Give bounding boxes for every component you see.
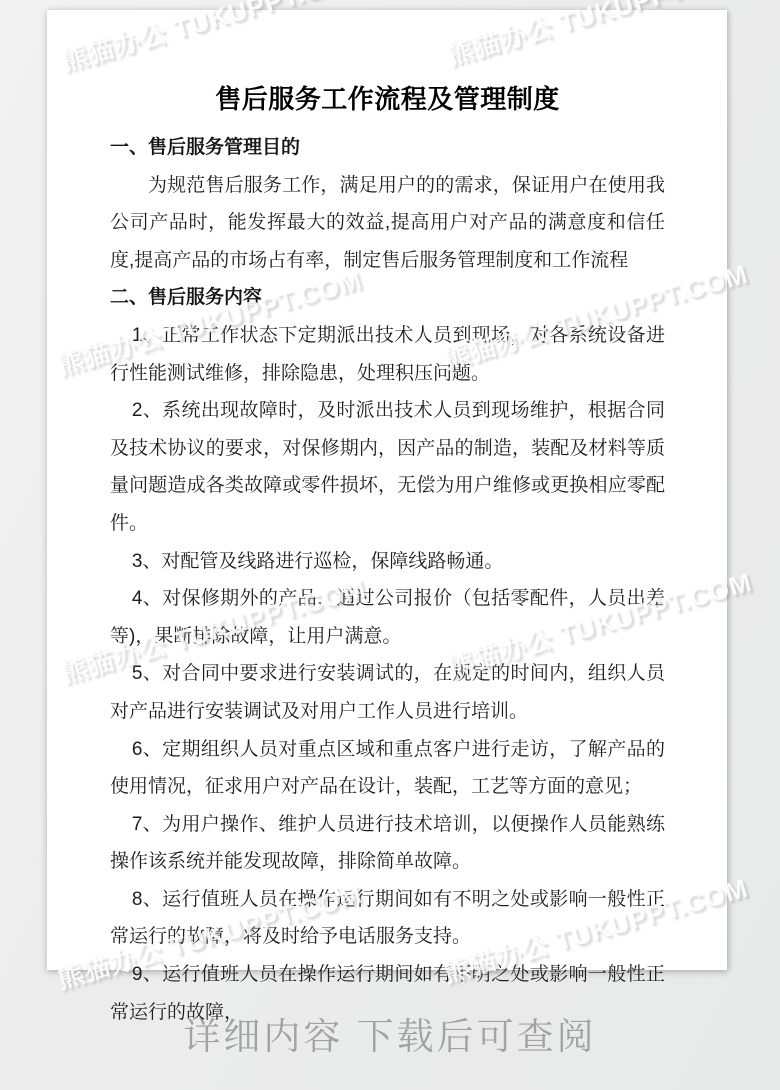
paragraph: 1、正常工作状态下定期派出技术人员到现场，对各系统设备进行性能测试维修，排除隐患… [110, 317, 665, 392]
paragraph: 3、对配管及线路进行巡检，保障线路畅通。 [110, 543, 665, 581]
paragraph: 5、对合同中要求进行安装调试的，在规定的时间内，组织人员对产品进行安装调试及对用… [110, 655, 665, 730]
paragraph: 4、对保修期外的产品，通过公司报价（包括零配件，人员出差等)，果断排除故障，让用… [110, 580, 665, 655]
paragraph: 8、运行值班人员在操作运行期间如有不明之处或影响一般性正常运行的故障，将及时给予… [110, 881, 665, 956]
paragraph: 为规范售后服务工作，满足用户的的需求，保证用户在使用我公司产品时，能发挥最大的效… [110, 167, 665, 280]
preview-background: 售后服务工作流程及管理制度 一、售后服务管理目的 为规范售后服务工作，满足用户的… [0, 0, 780, 1090]
paragraph: 7、为用户操作、维护人员进行技术培训，以便操作人员能熟练操作该系统并能发现故障，… [110, 806, 665, 881]
paragraph: 6、定期组织人员对重点区域和重点客户进行走访，了解产品的使用情况，征求用户对产品… [110, 731, 665, 806]
paragraph: 2、系统出现故障时，及时派出技术人员到现场维护，根据合同及技术协议的要求，对保修… [110, 392, 665, 542]
document-page: 售后服务工作流程及管理制度 一、售后服务管理目的 为规范售后服务工作，满足用户的… [47, 10, 727, 970]
section-heading-purpose: 一、售后服务管理目的 [110, 129, 665, 167]
document-title: 售后服务工作流程及管理制度 [110, 84, 665, 114]
section-heading-content: 二、售后服务内容 [110, 279, 665, 317]
download-hint-text: 详细内容 下载后可查阅 [183, 1016, 596, 1057]
download-hint: 详细内容 下载后可查阅 [0, 1016, 780, 1058]
